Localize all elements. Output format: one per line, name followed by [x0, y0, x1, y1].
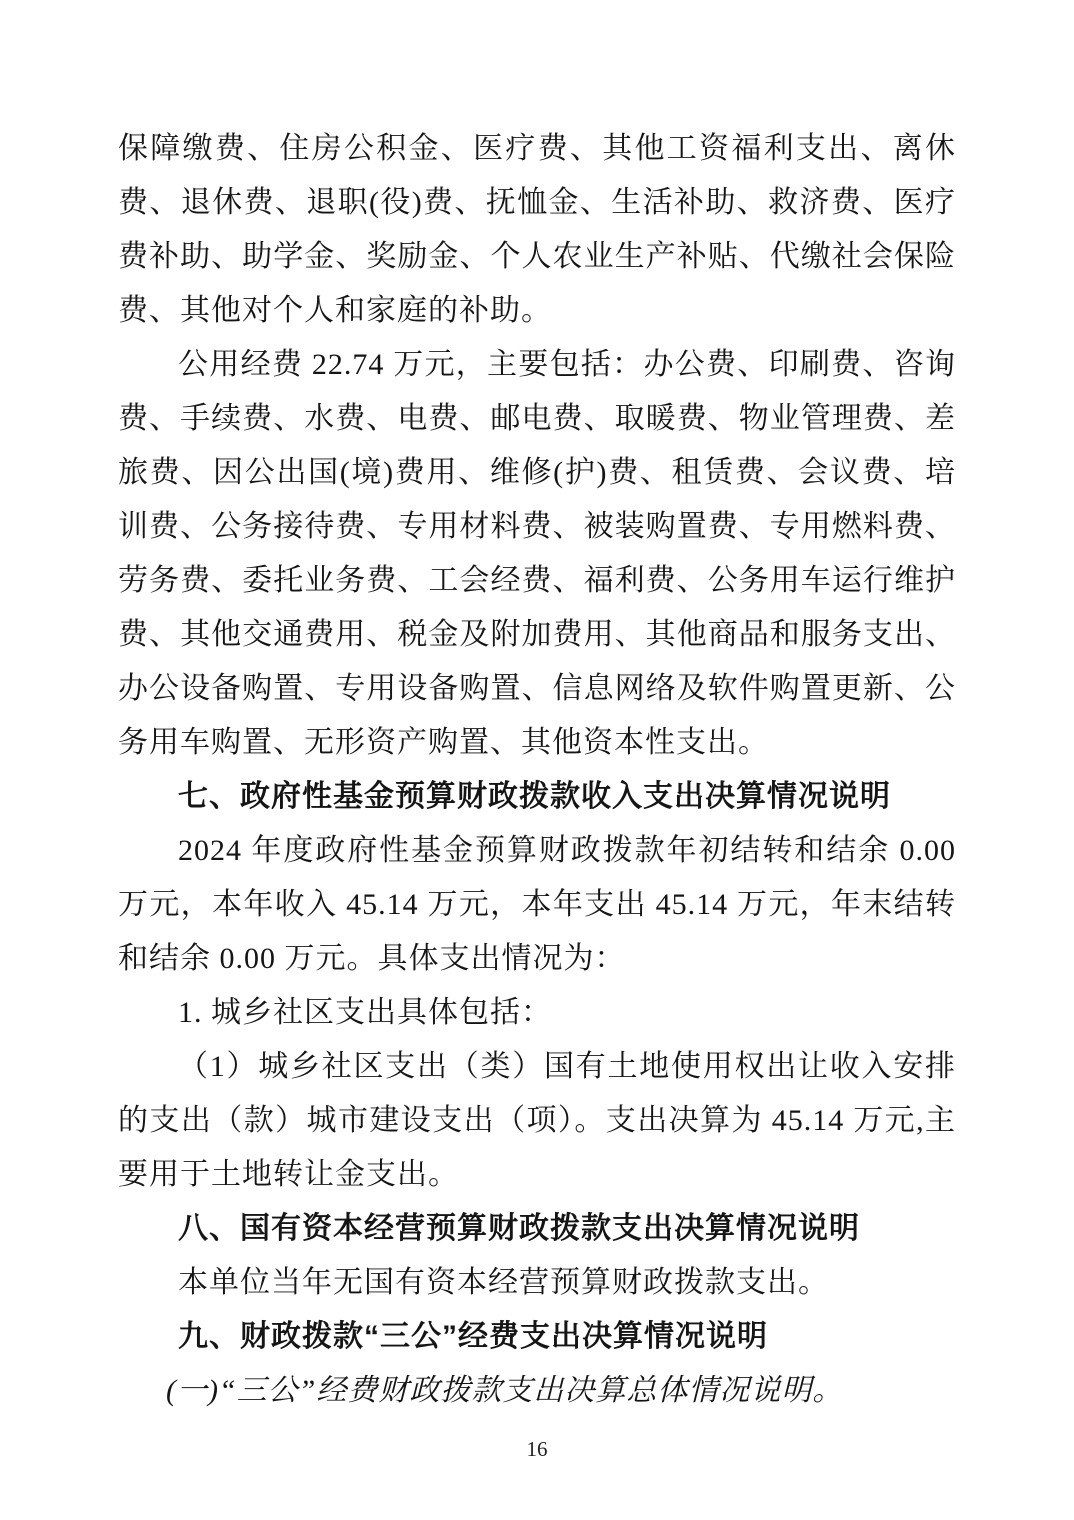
paragraph-state-capital-none: 本单位当年无国有资本经营预算财政拨款支出。: [118, 1256, 956, 1310]
paragraph-public-expense: 公用经费 22.74 万元，主要包括：办公费、印刷费、咨询费、手续费、水费、电费…: [118, 338, 956, 770]
document-page: 保障缴费、住房公积金、医疗费、其他工资福利支出、离休费、退休费、退职(役)费、抚…: [0, 0, 1074, 1520]
section-heading-8-state-capital: 八、国有资本经营预算财政拨款支出决算情况说明: [118, 1202, 956, 1256]
paragraph-govfund-summary: 2024 年度政府性基金预算财政拨款年初结转和结余 0.00 万元，本年收入 4…: [118, 824, 956, 986]
paragraph-three-public-overview: (一)“三公”经费财政拨款支出决算总体情况说明。: [118, 1364, 956, 1418]
paragraph-personnel-welfare-continued: 保障缴费、住房公积金、医疗费、其他工资福利支出、离休费、退休费、退职(役)费、抚…: [118, 122, 956, 338]
section-heading-7-government-fund: 七、政府性基金预算财政拨款收入支出决算情况说明: [118, 770, 956, 824]
section-heading-9-three-public-funds: 九、财政拨款“三公”经费支出决算情况说明: [118, 1310, 956, 1364]
paragraph-community-expense-detail: （1）城乡社区支出（类）国有土地使用权出让收入安排的支出（款）城市建设支出（项）…: [118, 1040, 956, 1202]
page-number: 16: [0, 1434, 1074, 1464]
paragraph-community-expense-intro: 1. 城乡社区支出具体包括：: [118, 986, 956, 1040]
